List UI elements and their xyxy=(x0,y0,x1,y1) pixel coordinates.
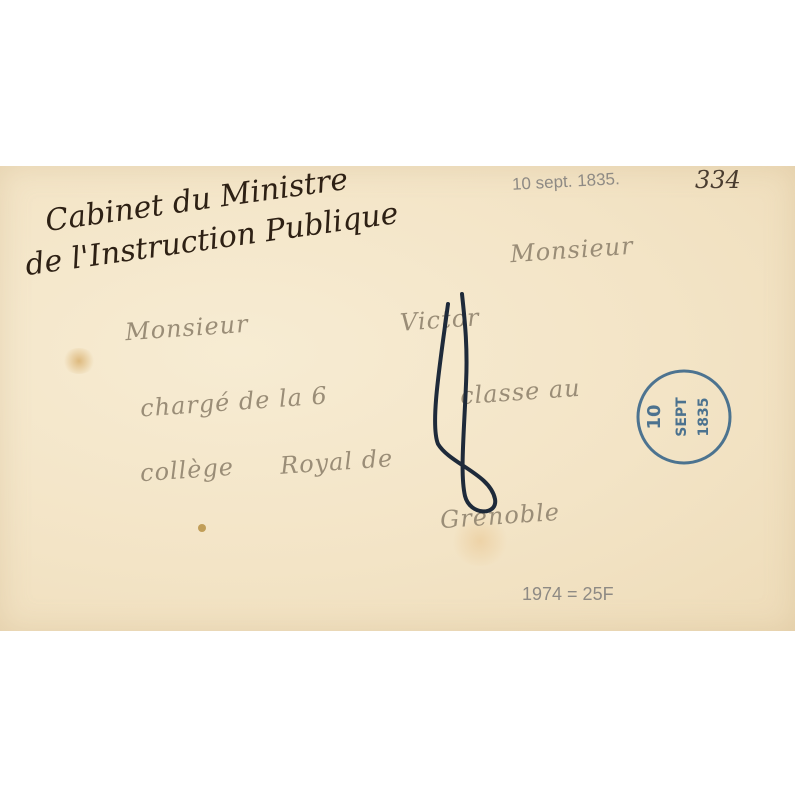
price-annotation: 1974 = 25F xyxy=(522,584,614,605)
address-institution-cont: Royal de xyxy=(279,444,394,480)
stain xyxy=(198,524,206,532)
letter-cover: Cabinet du Ministre de l'Instruction Pub… xyxy=(0,166,795,631)
address-institution: collège xyxy=(139,453,235,487)
address-title: Monsieur xyxy=(124,310,249,347)
stain xyxy=(62,348,96,374)
postage-due-mark-8 xyxy=(420,284,510,514)
inventory-number: 334 xyxy=(695,166,741,194)
postmark-month: SEPT xyxy=(674,397,690,437)
postmark-year: 1835 xyxy=(696,398,712,437)
address-role: chargé de la 6 xyxy=(139,381,328,422)
address-salutation: Monsieur xyxy=(509,232,634,269)
date-annotation: 10 sept. 1835. xyxy=(512,169,621,195)
postmark-day: 10 xyxy=(644,404,665,429)
postmark-stamp: 10 SEPT 1835 xyxy=(630,363,738,471)
